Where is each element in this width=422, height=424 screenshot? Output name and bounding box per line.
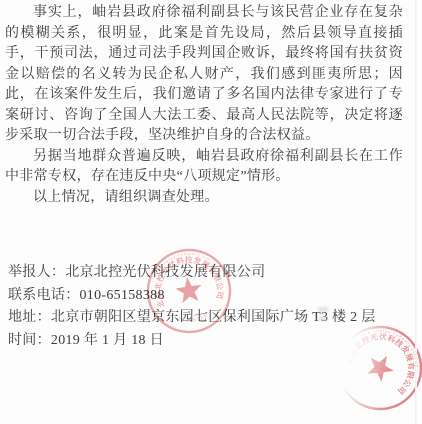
date-line: 时间：2019 年 1 月 18 日: [8, 330, 408, 353]
reporter-line: 举报人：北京北控光伏科技发展有限公司: [8, 262, 408, 285]
signature-block: 举报人：北京北控光伏科技发展有限公司 联系电话：010-65158388 地址：…: [8, 262, 408, 352]
phone-line: 联系电话：010-65158388: [8, 285, 408, 308]
address-line: 地址：北京市朝阳区望京东园七区保利国际广场 T3 楼 2 层: [8, 307, 408, 330]
ink-smudge: [318, 306, 329, 322]
seal-star-icon: [363, 349, 399, 384]
letter-body: 事实上，岫岩县政府徐福利副县长与该民营企业存在复杂的模糊关系，很明显，此案是首先…: [5, 3, 403, 208]
paragraph-facts: 事实上，岫岩县政府徐福利副县长与该民营企业存在复杂的模糊关系，很明显，此案是首先…: [5, 3, 403, 147]
paragraph-complaint: 另据当地群众普遍反映，岫岩县政府徐福利副县长在工作中非常专权，存在违反中央“八项…: [5, 147, 403, 188]
paragraph-request: 以上情况，请组织调查处理。: [5, 188, 403, 209]
page-edge-line: [415, 0, 417, 424]
scanned-letter-page: 事实上，岫岩县政府徐福利副县长与该民营企业存在复杂的模糊关系，很明显，此案是首先…: [0, 0, 422, 424]
